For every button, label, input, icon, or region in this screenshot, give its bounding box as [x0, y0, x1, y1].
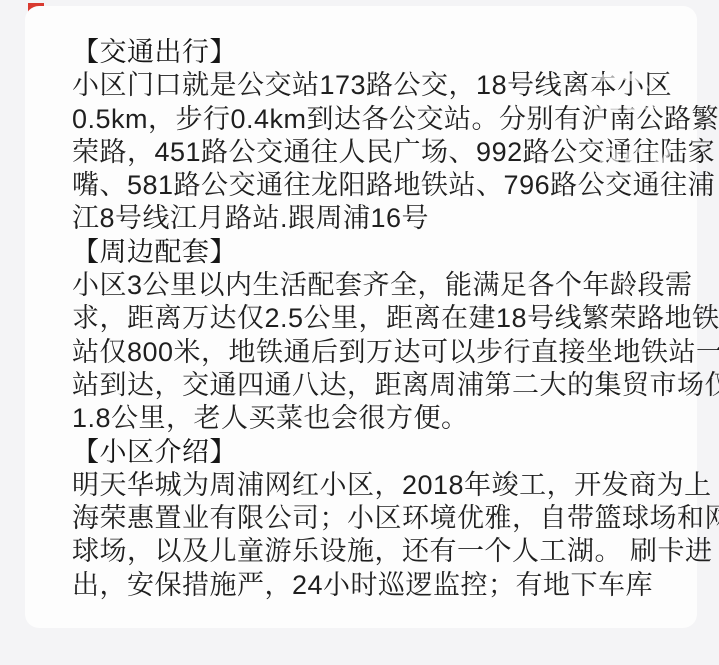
text-line: 小区门口就是公交站173路公交，18号线离本小区 — [72, 69, 677, 102]
text-line: 嘴、581路公交通往龙阳路地铁站、796路公交通往浦 — [72, 169, 677, 202]
section-heading-1: 【周边配套】 — [72, 236, 677, 269]
text-line: 小区3公里以内生活配套齐全，能满足各个年龄段需 — [72, 269, 677, 302]
section-heading-2: 【小区介绍】 — [72, 436, 677, 469]
text-line: 站到达，交通四通八达，距离周浦第二大的集贸市场仅 — [72, 369, 677, 402]
text-line: 0.5km，步行0.4km到达各公交站。分别有沪南公路繁 — [72, 103, 677, 136]
text-line: 海荣惠置业有限公司；小区环境优雅，自带篮球场和网 — [72, 502, 677, 535]
text-line: 站仅800米，地铁通后到万达可以步行直接坐地铁站一 — [72, 336, 677, 369]
text-line: 球场，以及儿童游乐设施，还有一个人工湖。 刷卡进 — [72, 535, 677, 568]
text-line: 求，距离万达仅2.5公里，距离在建18号线繁荣路地铁 — [72, 302, 677, 335]
text-line: 荣路，451路公交通往人民广场、992路公交通往陆家 — [72, 136, 677, 169]
text-line: 1.8公里，老人买菜也会很方便。 — [72, 402, 677, 435]
listing-description-card: 【交通出行】小区门口就是公交站173路公交，18号线离本小区0.5km，步行0.… — [25, 6, 697, 628]
listing-description-text: 【交通出行】小区门口就是公交站173路公交，18号线离本小区0.5km，步行0.… — [72, 36, 677, 602]
text-line: 出，安保措施严，24小时巡逻监控；有地下车库 — [72, 569, 677, 602]
screen: 【交通出行】小区门口就是公交站173路公交，18号线离本小区0.5km，步行0.… — [0, 0, 719, 665]
section-heading-0: 【交通出行】 — [72, 36, 677, 69]
text-line: 江8号线江月路站.跟周浦16号 — [72, 202, 677, 235]
text-line: 明天华城为周浦网红小区，2018年竣工，开发商为上 — [72, 469, 677, 502]
